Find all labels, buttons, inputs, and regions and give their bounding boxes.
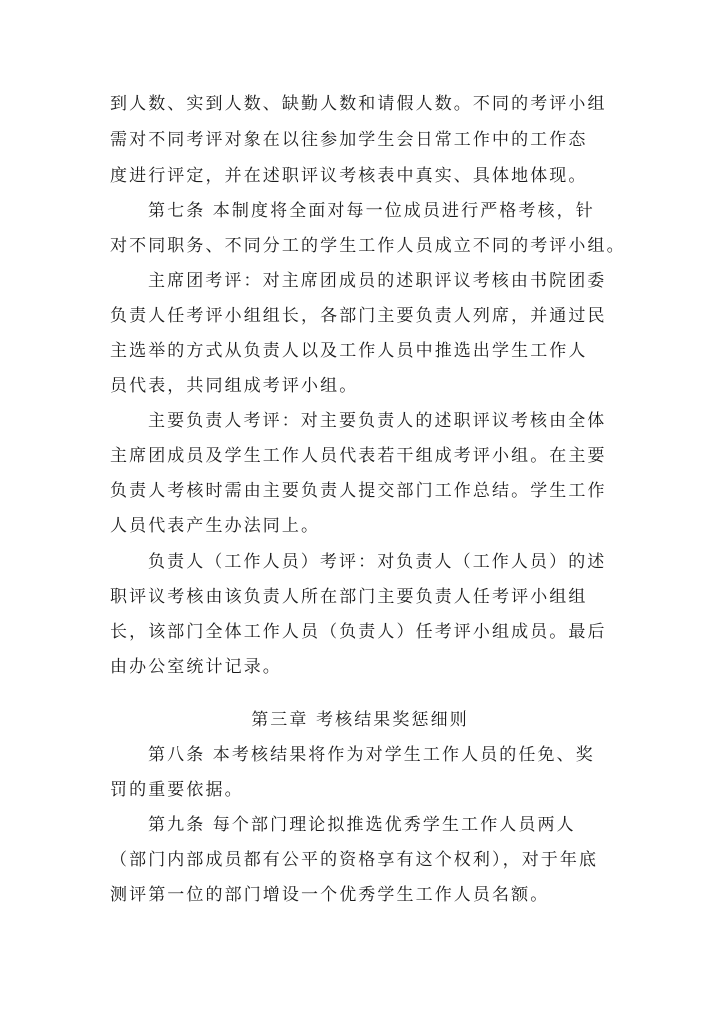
text-line: 罚的重要依据。 bbox=[110, 778, 244, 802]
text-line: 负责人（工作人员）考评：对负责人（工作人员）的述 bbox=[148, 550, 606, 574]
document-page: 到人数、实到人数、缺勤人数和请假人数。不同的考评小组 需对不同考评对象在以往参加… bbox=[0, 0, 720, 1018]
text-line: 测评第一位的部门增设一个优秀学生工作人员名额。 bbox=[110, 883, 549, 907]
text-line: 度进行评定，并在述职评议考核表中真实、具体地体现。 bbox=[110, 164, 588, 188]
text-line: 第八条 本考核结果将作为对学生工作人员的任免、奖 bbox=[148, 743, 595, 767]
text-line: 职评议考核由该负责人所在部门主要负责人任考评小组组 bbox=[110, 585, 588, 609]
text-line: 负责人考核时需由主要负责人提交部门工作总结。学生工作 bbox=[110, 479, 607, 503]
text-line: 主席团考评：对主席团成员的述职评议考核由书院团委 bbox=[148, 269, 606, 293]
text-line: 主席团成员及学生工作人员代表若干组成考评小组。在主要 bbox=[110, 444, 607, 468]
chapter-heading: 第三章 考核结果奖惩细则 bbox=[0, 708, 720, 732]
text-line: 长，该部门全体工作人员（负责人）任考评小组成员。最后 bbox=[110, 620, 607, 644]
text-line: 第九条 每个部门理论拟推选优秀学生工作人员两人 bbox=[148, 813, 576, 837]
text-line: 由办公室统计记录。 bbox=[110, 655, 282, 679]
text-line: 人员代表产生办法同上。 bbox=[110, 514, 320, 538]
text-line: 负责人任考评小组组长，各部门主要负责人列席，并通过民 bbox=[110, 304, 607, 328]
text-line: 主要负责人考评：对主要负责人的述职评议考核由全体 bbox=[148, 409, 606, 433]
text-line: 主选举的方式从负责人以及工作人员中推选出学生工作人 bbox=[110, 339, 588, 363]
text-line: 需对不同考评对象在以往参加学生会日常工作中的工作态 bbox=[110, 128, 588, 152]
text-line: 到人数、实到人数、缺勤人数和请假人数。不同的考评小组 bbox=[110, 92, 607, 116]
text-line: 对不同职务、不同分工的学生工作人员成立不同的考评小组。 bbox=[110, 234, 626, 258]
text-line: （部门内部成员都有公平的资格享有这个权利），对于年底 bbox=[110, 848, 598, 872]
text-line: 第七条 本制度将全面对每一位成员进行严格考核，针 bbox=[148, 199, 595, 223]
text-line: 员代表，共同组成考评小组。 bbox=[110, 374, 358, 398]
